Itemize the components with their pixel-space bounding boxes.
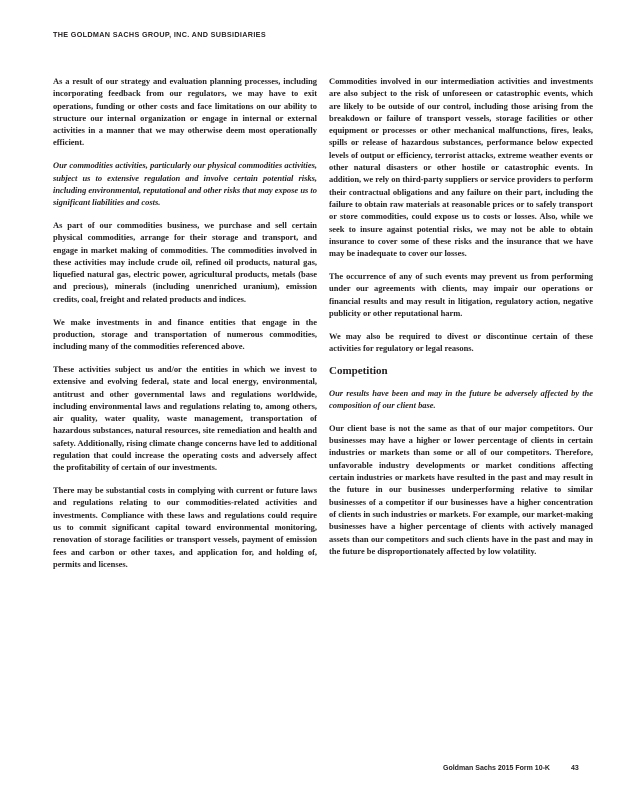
paragraph: As part of our commodities business, we … <box>53 219 317 305</box>
paragraph: Our client base is not the same as that … <box>329 422 593 557</box>
paragraph: These activities subject us and/or the e… <box>53 363 317 474</box>
risk-factor-heading-italic: Our results have been and may in the fut… <box>329 387 593 412</box>
left-column: As a result of our strategy and evaluati… <box>53 75 317 581</box>
paragraph: Commodities involved in our intermediati… <box>329 75 593 259</box>
section-heading-competition: Competition <box>329 365 593 378</box>
risk-factor-heading-italic: Our commodities activities, particularly… <box>53 159 317 208</box>
right-column: Commodities involved in our intermediati… <box>329 75 593 568</box>
paragraph: We make investments in and finance entit… <box>53 316 317 353</box>
paragraph: There may be substantial costs in comply… <box>53 484 317 570</box>
running-header: THE GOLDMAN SACHS GROUP, INC. AND SUBSID… <box>53 30 266 39</box>
document-page: THE GOLDMAN SACHS GROUP, INC. AND SUBSID… <box>0 0 618 800</box>
paragraph: The occurrence of any of such events may… <box>329 270 593 319</box>
footer-publication-title: Goldman Sachs 2015 Form 10-K <box>443 765 550 772</box>
paragraph: We may also be required to divest or dis… <box>329 330 593 355</box>
paragraph: As a result of our strategy and evaluati… <box>53 75 317 149</box>
page-number: 43 <box>571 765 579 772</box>
